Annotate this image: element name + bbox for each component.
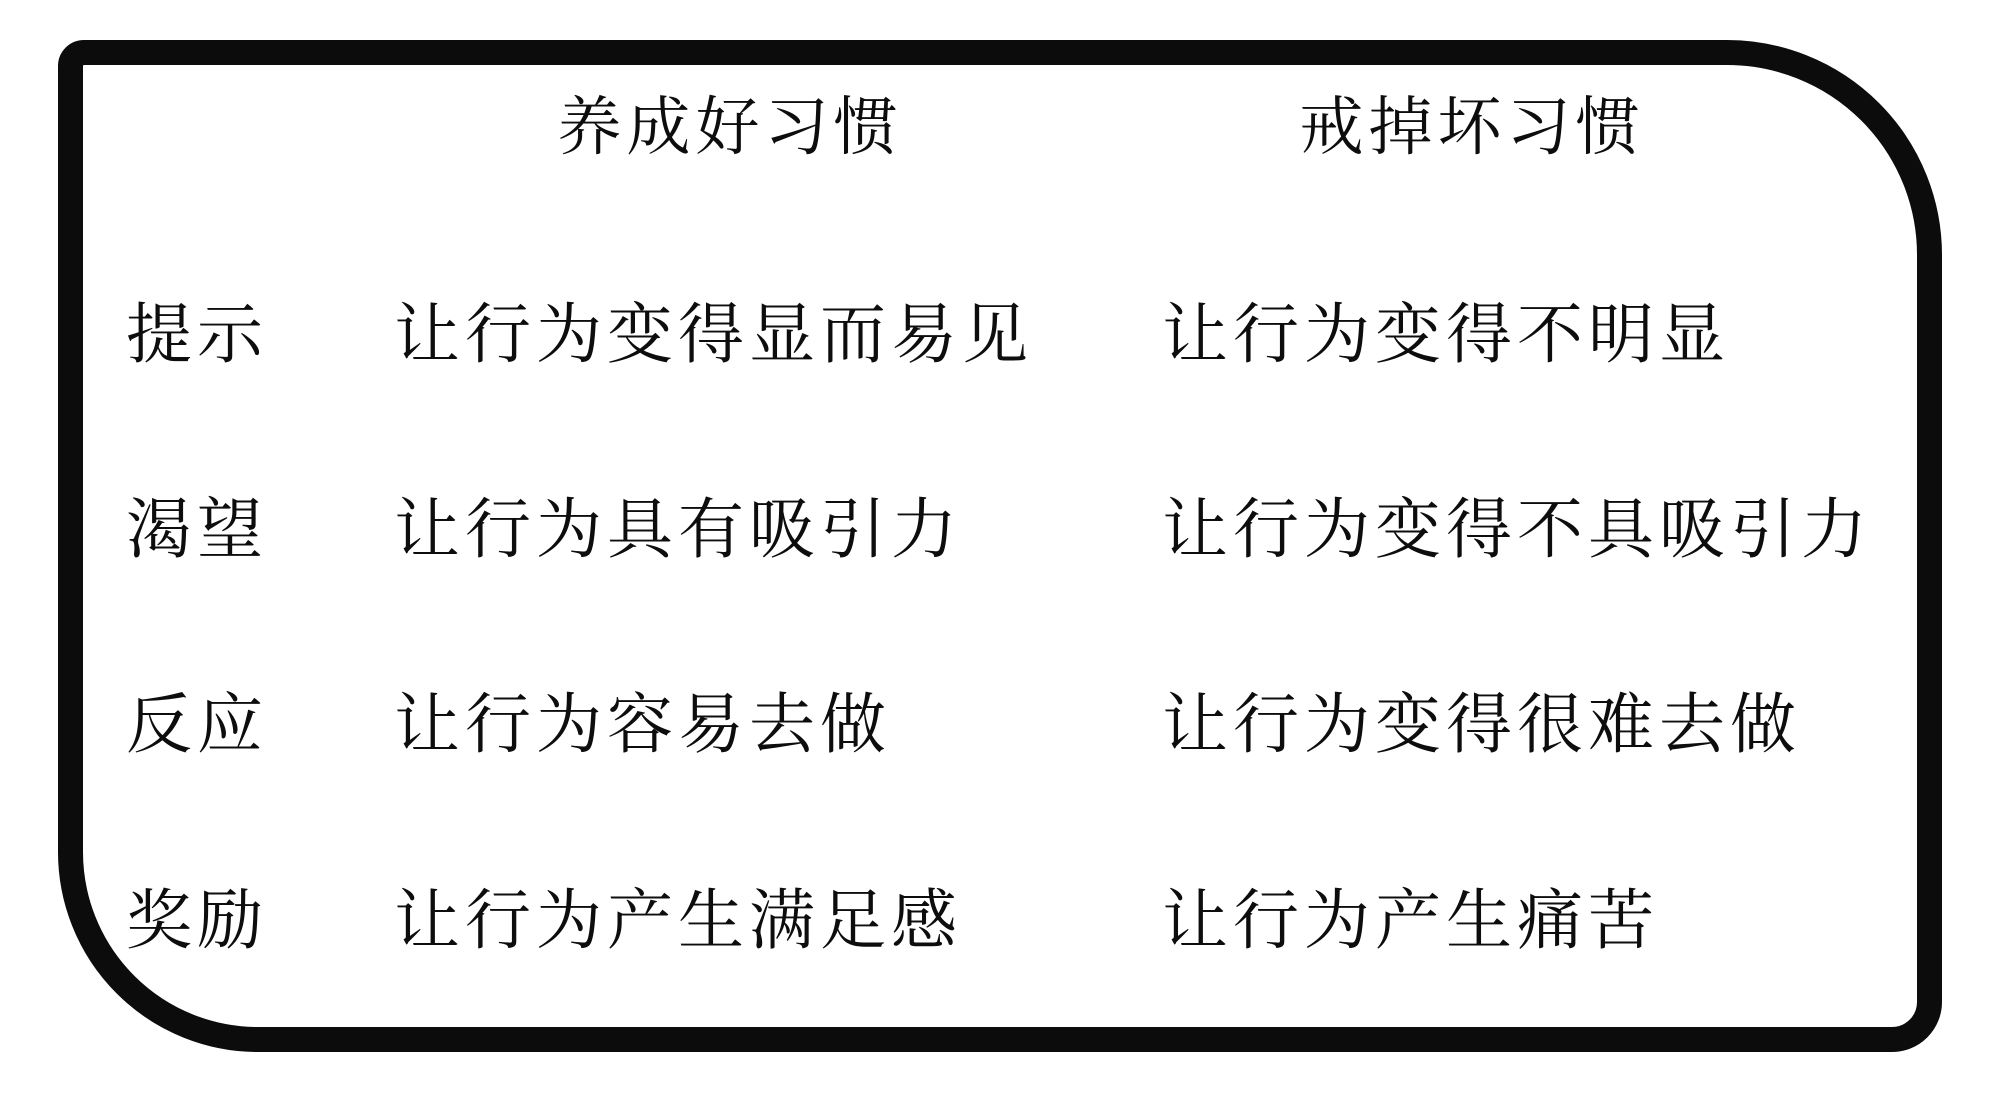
column-header-break-bad-habits: 戒掉坏习惯: [1300, 96, 1645, 160]
row-label-craving: 渴望: [126, 497, 268, 563]
cell-craving-bad-habit: 让行为变得不具吸引力: [1162, 497, 1872, 563]
cell-reward-bad-habit: 让行为产生痛苦: [1162, 888, 1659, 954]
column-header-build-good-habits: 养成好习惯: [558, 96, 903, 160]
cell-reward-good-habit: 让行为产生满足感: [394, 888, 962, 954]
row-label-cue: 提示: [126, 302, 268, 368]
cell-craving-good-habit: 让行为具有吸引力: [394, 497, 962, 563]
cell-response-bad-habit: 让行为变得很难去做: [1162, 692, 1801, 758]
cell-cue-bad-habit: 让行为变得不明显: [1162, 302, 1730, 368]
habits-table-diagram: 养成好习惯 戒掉坏习惯 提示 让行为变得显而易见 让行为变得不明显 渴望 让行为…: [0, 0, 2000, 1097]
cell-cue-good-habit: 让行为变得显而易见: [394, 302, 1033, 368]
row-label-response: 反应: [126, 692, 268, 758]
row-label-reward: 奖励: [126, 888, 268, 954]
cell-response-good-habit: 让行为容易去做: [394, 692, 891, 758]
